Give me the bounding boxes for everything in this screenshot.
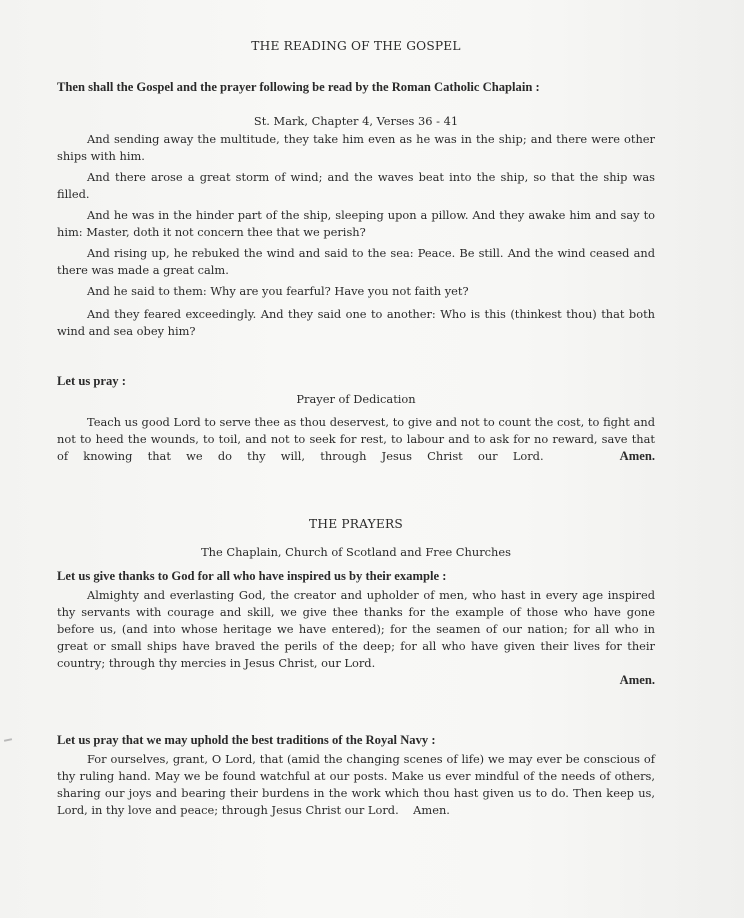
- dedication-body: Teach us good Lord to serve thee as thou…: [57, 415, 655, 463]
- dedication-prayer: Teach us good Lord to serve thee as thou…: [57, 414, 655, 465]
- navy-text: For ourselves, grant, O Lord, that (amid…: [57, 751, 655, 819]
- prayers-title: THE PRAYERS: [57, 516, 655, 533]
- navy-amen: Amen.: [413, 803, 450, 817]
- verse-37: And there arose a great storm of wind; a…: [57, 169, 655, 203]
- gospel-rubric: Then shall the Gospel and the prayer fol…: [57, 79, 655, 96]
- thanks-text: Almighty and everlasting God, the creato…: [57, 587, 655, 672]
- navy-rubric: Let us pray that we may uphold the best …: [57, 732, 655, 749]
- dedication-amen: Amen.: [620, 449, 655, 463]
- verse-41: And they feared exceedingly. And they sa…: [57, 306, 655, 340]
- dedication-text: Teach us good Lord to serve thee as thou…: [57, 414, 655, 465]
- gospel-title: THE READING OF THE GOSPEL: [57, 38, 655, 55]
- scan-mark: [4, 738, 12, 742]
- verse-39: And rising up, he rebuked the wind and s…: [57, 245, 655, 279]
- navy-body: For ourselves, grant, O Lord, that (amid…: [57, 752, 655, 817]
- dedication-title: Prayer of Dedication: [57, 391, 655, 408]
- navy-prayer: For ourselves, grant, O Lord, that (amid…: [57, 751, 655, 819]
- verse-36: And sending away the multitude, they tak…: [57, 131, 655, 165]
- document-page: THE READING OF THE GOSPEL Then shall the…: [0, 0, 744, 918]
- gospel-verses: And sending away the multitude, they tak…: [57, 131, 655, 340]
- verse-40: And he said to them: Why are you fearful…: [57, 283, 655, 300]
- prayers-subtitle: The Chaplain, Church of Scotland and Fre…: [57, 544, 655, 561]
- thanks-prayer: Almighty and everlasting God, the creato…: [57, 587, 655, 689]
- dedication-rubric: Let us pray :: [57, 373, 655, 390]
- verse-38: And he was in the hinder part of the shi…: [57, 207, 655, 241]
- gospel-reference: St. Mark, Chapter 4, Verses 36 - 41: [57, 113, 655, 130]
- thanks-amen: Amen.: [57, 672, 655, 689]
- thanks-rubric: Let us give thanks to God for all who ha…: [57, 568, 655, 585]
